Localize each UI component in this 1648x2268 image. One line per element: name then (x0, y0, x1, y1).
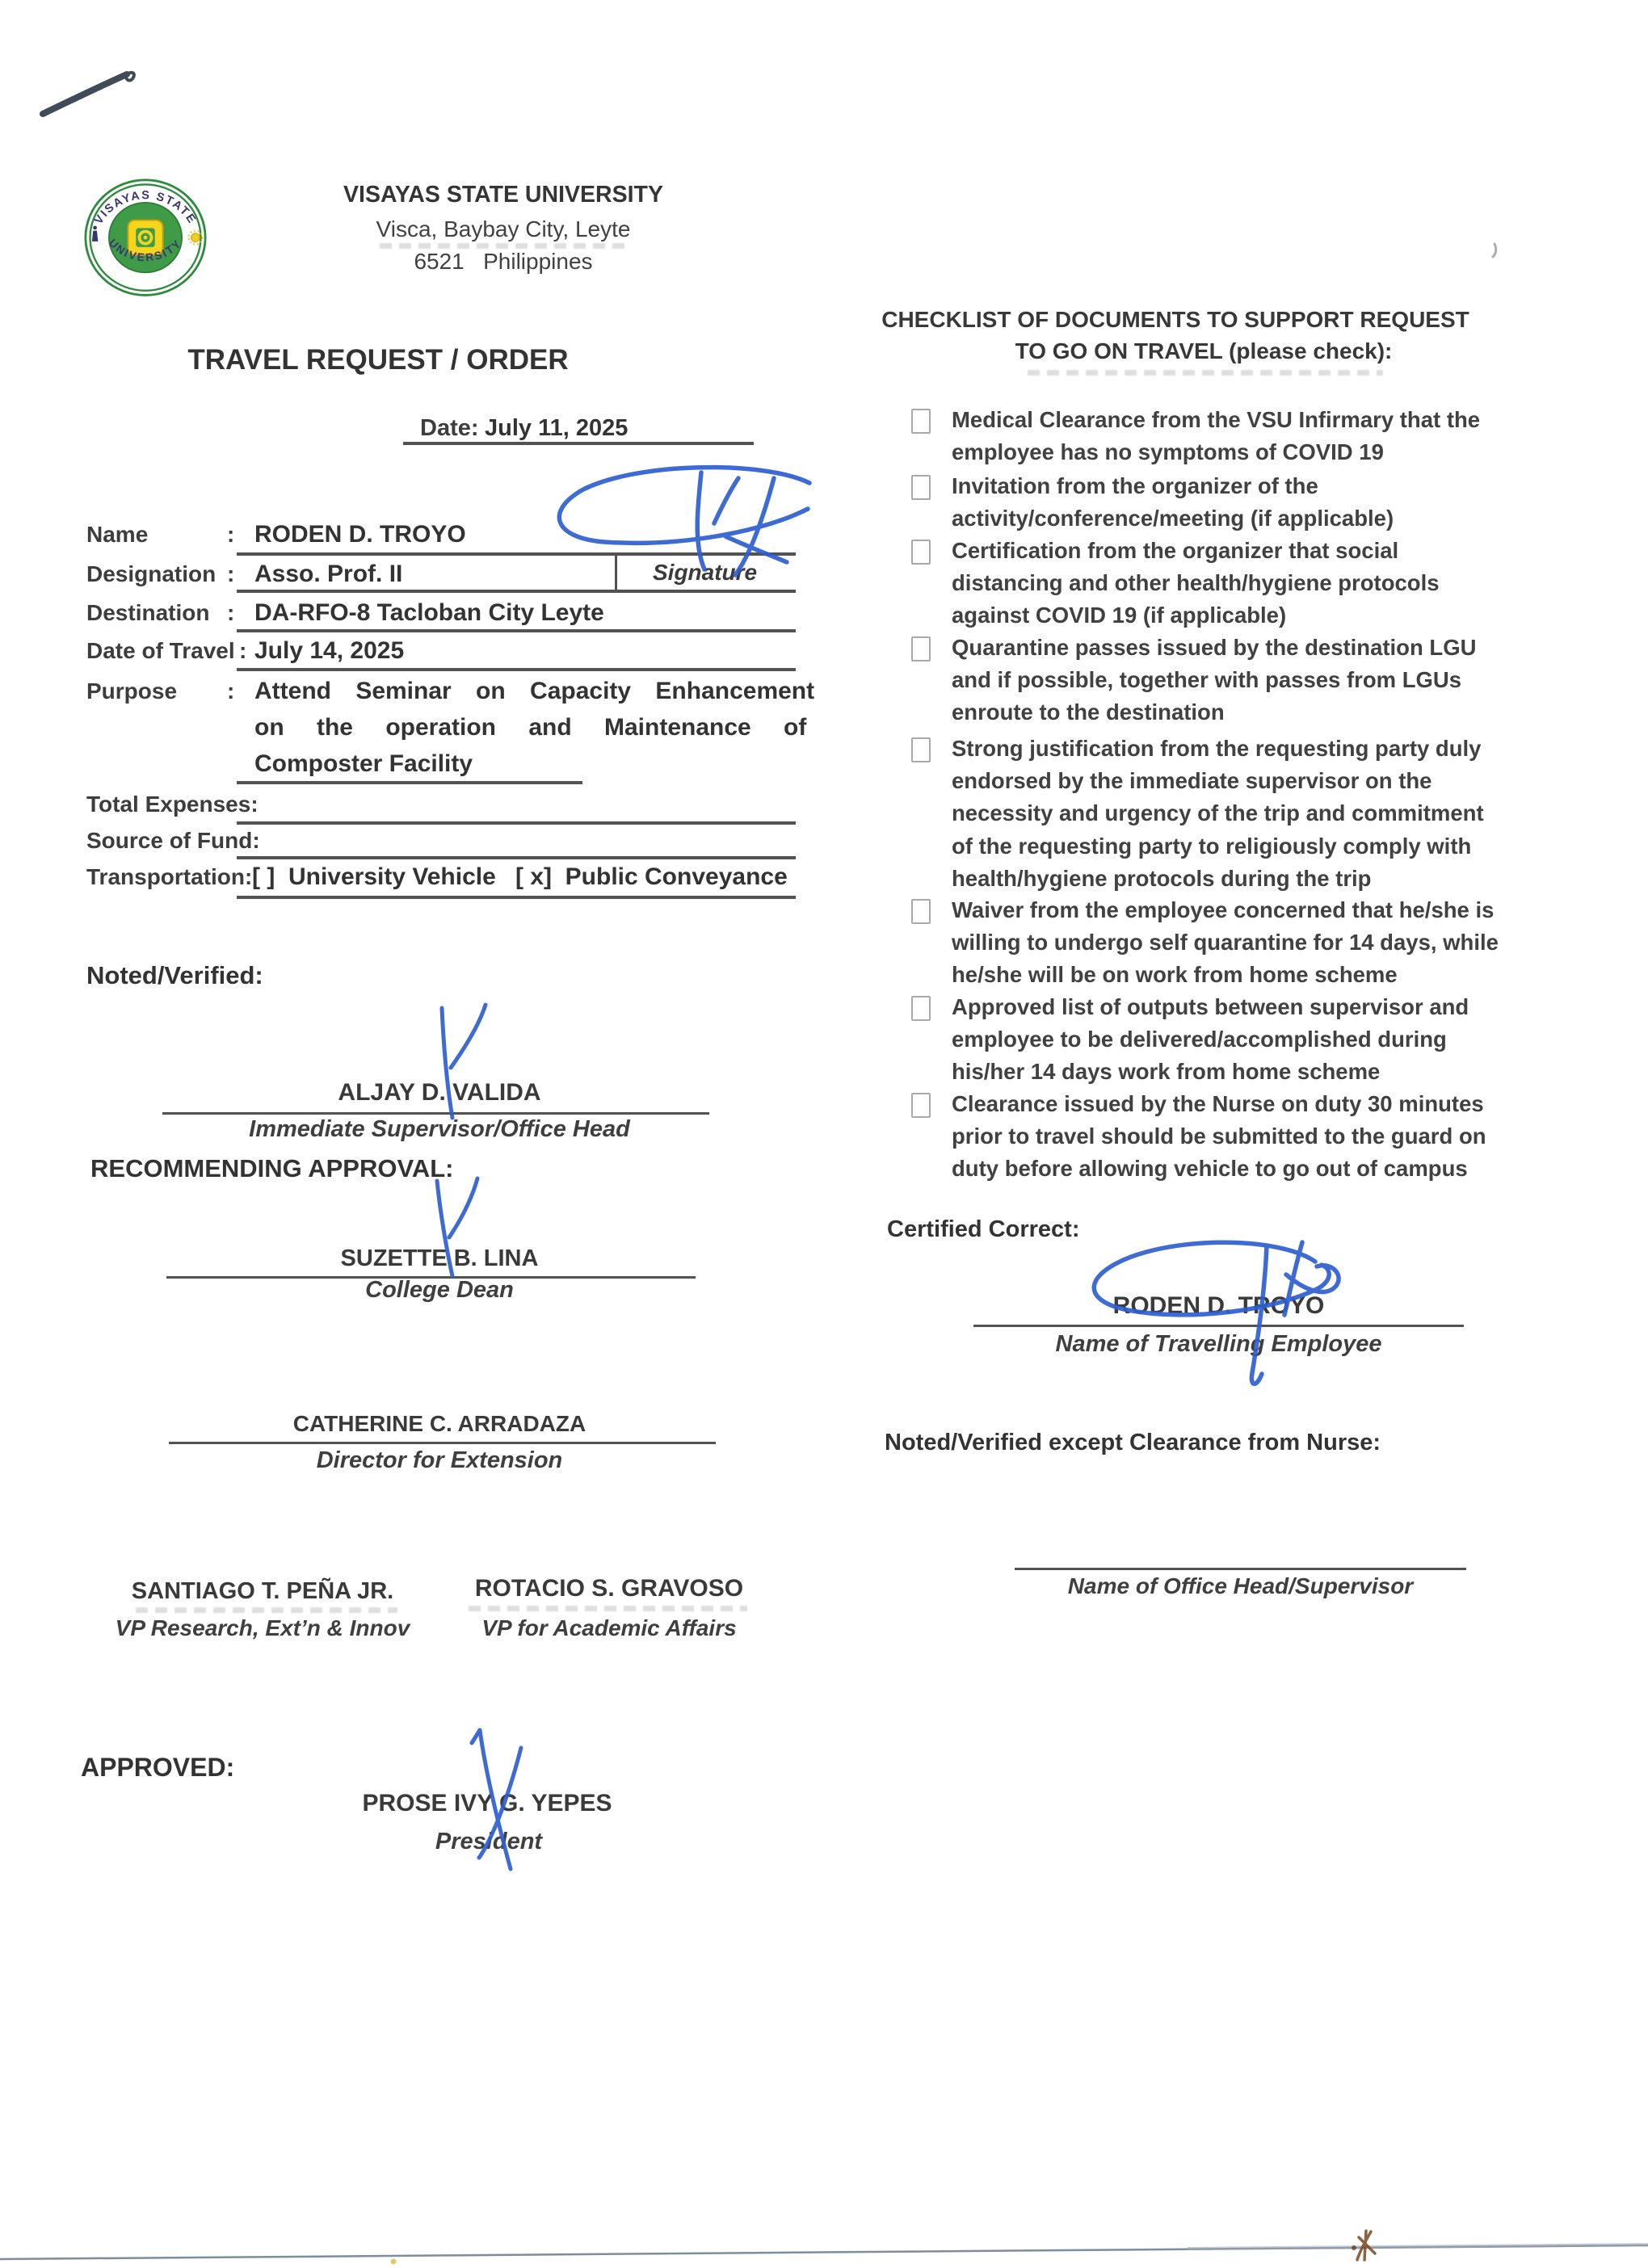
checklist-checkbox-8 (911, 1093, 931, 1118)
date-of-travel-colon: : (239, 638, 246, 664)
designation-label: Designation (86, 561, 216, 587)
total-expenses-label: Total Expenses: (86, 792, 259, 817)
transport-option-public: [ x] Public Conveyance (515, 863, 788, 891)
stray-mark-top-right (1493, 244, 1496, 257)
scanned-travel-request-document: VISAYAS STATE UNIVERSITY VISAYAS STATE U… (0, 0, 1648, 2268)
president-name: PROSE IVY G. YEPES (309, 1790, 665, 1817)
checklist-title-line1: CHECKLIST OF DOCUMENTS TO SUPPORT REQUES… (881, 307, 1470, 333)
scan-ghost-address (380, 243, 630, 249)
date-of-travel-underline (237, 668, 796, 671)
transportation-label: Transportation: (86, 864, 252, 890)
university-name: VISAYAS STATE UNIVERSITY (301, 182, 705, 208)
date-label: Date: (420, 415, 479, 442)
purpose-underline (237, 781, 582, 784)
pen-stroke-top-left-hook (126, 73, 134, 81)
destination-underline (237, 629, 796, 632)
transport-option-university: [ ] University Vehicle (252, 863, 496, 891)
extension-director-name: CATHERINE C. ARRADAZA (165, 1411, 714, 1437)
travelling-employee-underline (973, 1325, 1464, 1327)
transportation-underline (237, 896, 796, 899)
checklist-checkbox-2 (911, 475, 931, 500)
date-value: July 11, 2025 (485, 415, 628, 442)
signature-cell-divider (615, 552, 617, 592)
document-title: TRAVEL REQUEST / ORDER (184, 344, 572, 376)
purpose-value-line1: Attend Seminar on Capacity Enhancement (254, 678, 814, 705)
source-of-fund-label: Source of Fund: (86, 828, 260, 854)
checklist-checkbox-3 (911, 540, 931, 565)
noted-verified-label: Noted/Verified: (86, 961, 263, 990)
checklist-checkbox-7 (911, 996, 931, 1021)
bottom-ink-speck (1357, 2231, 1375, 2260)
checklist-checkbox-5 (911, 737, 931, 762)
dean-title: College Dean (165, 1277, 714, 1304)
signature-caption: Signature (653, 560, 757, 586)
certified-correct-label: Certified Correct: (887, 1216, 1080, 1243)
total-expenses-underline (237, 821, 796, 825)
supervisor-title: Immediate Supervisor/Office Head (165, 1116, 714, 1143)
vp-academic-title: VP for Academic Affairs (431, 1615, 787, 1641)
checklist-title-line2: TO GO ON TRAVEL (please check): (929, 338, 1478, 364)
dean-name: SUZETTE B. LINA (165, 1245, 714, 1272)
seal-sun-icon (191, 233, 200, 241)
scan-edge-line-right (1188, 2245, 1648, 2249)
destination-value: DA-RFO-8 Tacloban City Leyte (254, 599, 604, 627)
source-of-fund-underline (237, 856, 796, 859)
seal-bottom-text: UNIVERSITY (107, 237, 184, 264)
bottom-ink-dot (1352, 2245, 1356, 2250)
checklist-checkbox-1 (911, 409, 931, 434)
checklist-item-1: Medical Clearance from the VSU Infirmary… (952, 404, 1530, 468)
checklist-item-5: Strong justification from the requesting… (952, 733, 1530, 895)
office-head-title: Name of Office Head/Supervisor (1015, 1573, 1466, 1599)
seal-top-text: VISAYAS STATE (92, 189, 199, 227)
checklist-item-7: Approved list of outputs between supervi… (952, 991, 1530, 1089)
purpose-value-line3: Composter Facility (254, 750, 473, 778)
destination-label: Destination (86, 600, 209, 626)
office-head-underline (1015, 1568, 1466, 1570)
checklist-item-2: Invitation from the organizer of theacti… (952, 470, 1530, 535)
checklist-item-6: Waiver from the employee concerned that … (952, 894, 1530, 992)
scan-ghost-vp-research (136, 1607, 397, 1613)
president-title: President (311, 1829, 666, 1855)
date-of-travel-value: July 14, 2025 (254, 637, 404, 665)
signature-employee-top (559, 468, 809, 575)
approved-label: APPROVED: (81, 1753, 234, 1783)
vp-academic-name: ROTACIO S. GRAVOSO (431, 1575, 787, 1602)
purpose-label: Purpose (86, 678, 177, 704)
purpose-value-line2: on the operation and Maintenance of (254, 714, 806, 741)
designation-underline (237, 590, 796, 593)
checklist-item-8: Clearance issued by the Nurse on duty 30… (952, 1088, 1530, 1186)
scan-ghost-checklist-title (1028, 370, 1383, 376)
destination-colon: : (227, 600, 234, 626)
seal-emblem-square (128, 220, 162, 255)
pen-stroke-top-left (43, 74, 127, 114)
travelling-employee-title: Name of Travelling Employee (973, 1331, 1464, 1358)
bottom-yellow-speck (391, 2259, 397, 2265)
name-value: RODEN D. TROYO (254, 521, 466, 548)
name-underline (237, 552, 796, 556)
checklist-item-4: Quarantine passes issued by the destinat… (952, 632, 1530, 729)
vp-research-title: VP Research, Ext’n & Innov (85, 1615, 440, 1641)
checklist-item-3: Certification from the organizer that so… (952, 535, 1530, 632)
extension-director-title: Director for Extension (165, 1447, 714, 1474)
purpose-colon: : (227, 678, 234, 704)
scan-edge-line (0, 2245, 1648, 2259)
supervisor-underline (162, 1112, 709, 1115)
name-label: Name (86, 522, 148, 548)
date-of-travel-label: Date of Travel (86, 638, 235, 664)
checklist-checkbox-4 (911, 636, 931, 661)
university-address-line2: 6521 Philippines (301, 249, 705, 275)
seal-statue-icon (92, 231, 99, 241)
university-seal: VISAYAS STATE UNIVERSITY (81, 178, 210, 300)
vp-research-name: SANTIAGO T. PEÑA JR. (85, 1578, 440, 1605)
supervisor-name: ALJAY D. VALIDA (165, 1079, 714, 1107)
scan-ghost-vp-academic (469, 1606, 747, 1611)
university-address-line1: Visca, Baybay City, Leyte (301, 216, 705, 242)
checklist-checkbox-6 (911, 899, 931, 924)
recommending-approval-label: RECOMMENDING APPROVAL: (90, 1154, 454, 1183)
travelling-employee-name: RODEN D. TROYO (973, 1292, 1464, 1320)
designation-value: Asso. Prof. II (254, 561, 402, 588)
name-colon: : (227, 522, 234, 548)
date-underline (403, 442, 754, 445)
designation-colon: : (227, 561, 234, 587)
noted-except-label: Noted/Verified except Clearance from Nur… (885, 1430, 1381, 1456)
extension-director-underline (169, 1442, 716, 1444)
